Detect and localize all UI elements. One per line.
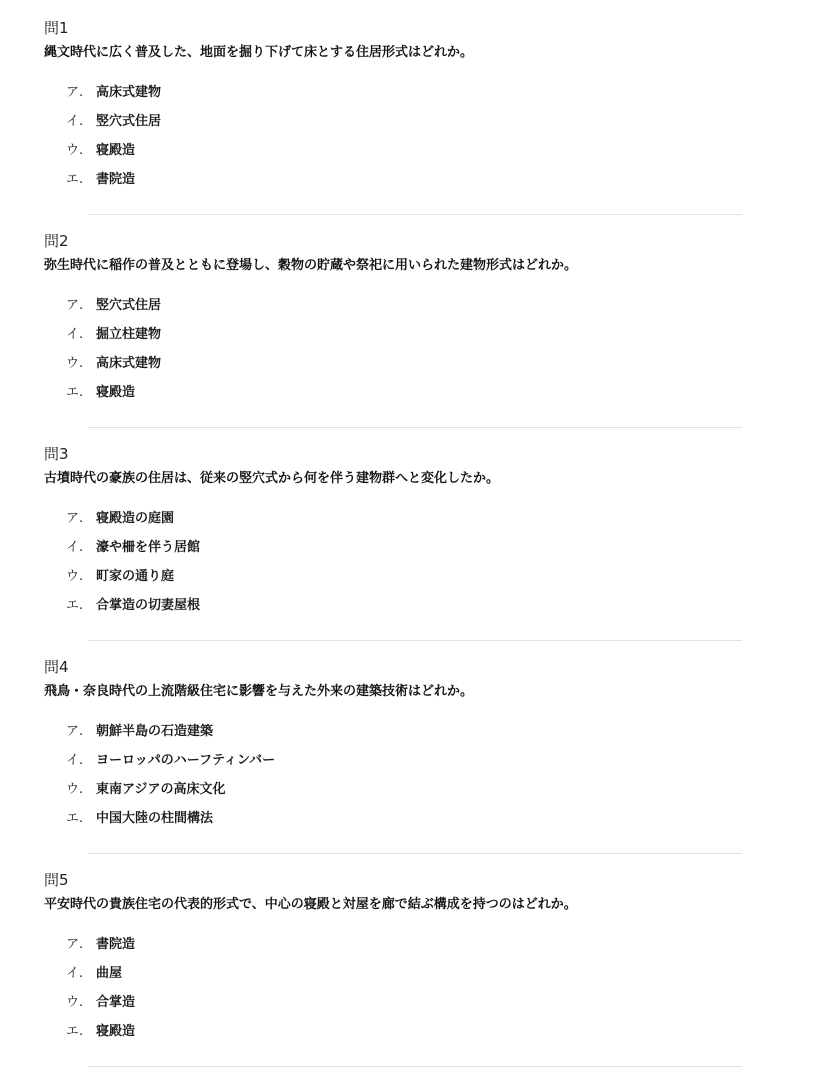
divider [88, 640, 742, 641]
divider [88, 1066, 742, 1067]
question-text: 平安時代の貴族住宅の代表的形式で、中心の寝殿と対屋を廊で結ぶ構成を持つのはどれか… [44, 895, 577, 915]
question-number: 問1 [44, 17, 69, 39]
question-number: 問4 [44, 656, 69, 678]
option-label: ウ. [66, 993, 96, 1013]
option-e[interactable]: エ.書院造 [66, 170, 161, 199]
option-u[interactable]: ウ.高床式建物 [66, 354, 161, 383]
question-number: 問2 [44, 230, 69, 252]
option-a[interactable]: ア.朝鮮半島の石造建築 [66, 722, 275, 751]
option-text: 町家の通り庭 [96, 569, 174, 584]
option-list: ア.朝鮮半島の石造建築 イ.ヨーロッパのハーフティンバー ウ.東南アジアの高床文… [66, 722, 275, 838]
option-i[interactable]: イ.掘立柱建物 [66, 325, 161, 354]
option-label: ウ. [66, 567, 96, 587]
question-text: 飛鳥・奈良時代の上流階級住宅に影響を与えた外来の建築技術はどれか。 [44, 682, 473, 702]
option-i[interactable]: イ.竪穴式住居 [66, 112, 161, 141]
option-i[interactable]: イ.曲屋 [66, 964, 135, 993]
option-label: イ. [66, 538, 96, 558]
option-text: 高床式建物 [96, 356, 161, 371]
option-a[interactable]: ア.寝殿造の庭園 [66, 509, 200, 538]
option-label: ア. [66, 509, 96, 529]
option-label: ア. [66, 935, 96, 955]
option-u[interactable]: ウ.寝殿造 [66, 141, 161, 170]
question-4: 問4 飛鳥・奈良時代の上流階級住宅に影響を与えた外来の建築技術はどれか。 ア.朝… [0, 656, 816, 869]
option-i[interactable]: イ.ヨーロッパのハーフティンバー [66, 751, 275, 780]
option-label: ウ. [66, 780, 96, 800]
option-a[interactable]: ア.書院造 [66, 935, 135, 964]
option-text: 書院造 [96, 172, 135, 187]
option-text: 高床式建物 [96, 85, 161, 100]
question-text: 弥生時代に稲作の普及とともに登場し、穀物の貯蔵や祭祀に用いられた建物形式はどれか… [44, 256, 577, 276]
option-text: 濠や柵を伴う居館 [96, 540, 200, 555]
option-text: 書院造 [96, 937, 135, 952]
option-label: イ. [66, 964, 96, 984]
option-label: イ. [66, 751, 96, 771]
option-label: エ. [66, 170, 96, 190]
option-text: 竪穴式住居 [96, 114, 161, 129]
option-u[interactable]: ウ.東南アジアの高床文化 [66, 780, 275, 809]
question-number: 問3 [44, 443, 69, 465]
option-text: ヨーロッパのハーフティンバー [96, 753, 275, 768]
option-e[interactable]: エ.寝殿造 [66, 383, 161, 412]
question-text: 古墳時代の豪族の住居は、従来の竪穴式から何を伴う建物群へと変化したか。 [44, 469, 499, 489]
option-e[interactable]: エ.合掌造の切妻屋根 [66, 596, 200, 625]
option-i[interactable]: イ.濠や柵を伴う居館 [66, 538, 200, 567]
option-text: 合掌造 [96, 995, 135, 1010]
option-list: ア.高床式建物 イ.竪穴式住居 ウ.寝殿造 エ.書院造 [66, 83, 161, 199]
option-label: ウ. [66, 354, 96, 374]
option-text: 掘立柱建物 [96, 327, 161, 342]
option-text: 寝殿造の庭園 [96, 511, 174, 526]
option-label: エ. [66, 809, 96, 829]
question-text: 縄文時代に広く普及した、地面を掘り下げて床とする住居形式はどれか。 [44, 43, 473, 63]
option-text: 寝殿造 [96, 1024, 135, 1039]
divider [88, 214, 742, 215]
question-2: 問2 弥生時代に稲作の普及とともに登場し、穀物の貯蔵や祭祀に用いられた建物形式は… [0, 230, 816, 443]
option-label: ア. [66, 83, 96, 103]
quiz-document: 問1 縄文時代に広く普及した、地面を掘り下げて床とする住居形式はどれか。 ア.高… [0, 0, 816, 1080]
option-text: 合掌造の切妻屋根 [96, 598, 200, 613]
option-label: エ. [66, 383, 96, 403]
option-label: エ. [66, 596, 96, 616]
question-number: 問5 [44, 869, 69, 891]
option-list: ア.書院造 イ.曲屋 ウ.合掌造 エ.寝殿造 [66, 935, 135, 1051]
option-label: イ. [66, 112, 96, 132]
option-text: 東南アジアの高床文化 [96, 782, 225, 797]
option-list: ア.竪穴式住居 イ.掘立柱建物 ウ.高床式建物 エ.寝殿造 [66, 296, 161, 412]
divider [88, 427, 742, 428]
option-list: ア.寝殿造の庭園 イ.濠や柵を伴う居館 ウ.町家の通り庭 エ.合掌造の切妻屋根 [66, 509, 200, 625]
divider [88, 853, 742, 854]
option-text: 曲屋 [96, 966, 122, 981]
option-label: ア. [66, 296, 96, 316]
option-e[interactable]: エ.中国大陸の柱間構法 [66, 809, 275, 838]
option-a[interactable]: ア.竪穴式住居 [66, 296, 161, 325]
question-5: 問5 平安時代の貴族住宅の代表的形式で、中心の寝殿と対屋を廊で結ぶ構成を持つのは… [0, 869, 816, 1080]
option-text: 寝殿造 [96, 385, 135, 400]
option-u[interactable]: ウ.町家の通り庭 [66, 567, 200, 596]
option-label: ウ. [66, 141, 96, 161]
option-label: ア. [66, 722, 96, 742]
option-text: 中国大陸の柱間構法 [96, 811, 213, 826]
option-e[interactable]: エ.寝殿造 [66, 1022, 135, 1051]
option-text: 朝鮮半島の石造建築 [96, 724, 213, 739]
option-u[interactable]: ウ.合掌造 [66, 993, 135, 1022]
option-text: 寝殿造 [96, 143, 135, 158]
question-1: 問1 縄文時代に広く普及した、地面を掘り下げて床とする住居形式はどれか。 ア.高… [0, 17, 816, 230]
option-a[interactable]: ア.高床式建物 [66, 83, 161, 112]
option-text: 竪穴式住居 [96, 298, 161, 313]
option-label: イ. [66, 325, 96, 345]
option-label: エ. [66, 1022, 96, 1042]
question-3: 問3 古墳時代の豪族の住居は、従来の竪穴式から何を伴う建物群へと変化したか。 ア… [0, 443, 816, 656]
